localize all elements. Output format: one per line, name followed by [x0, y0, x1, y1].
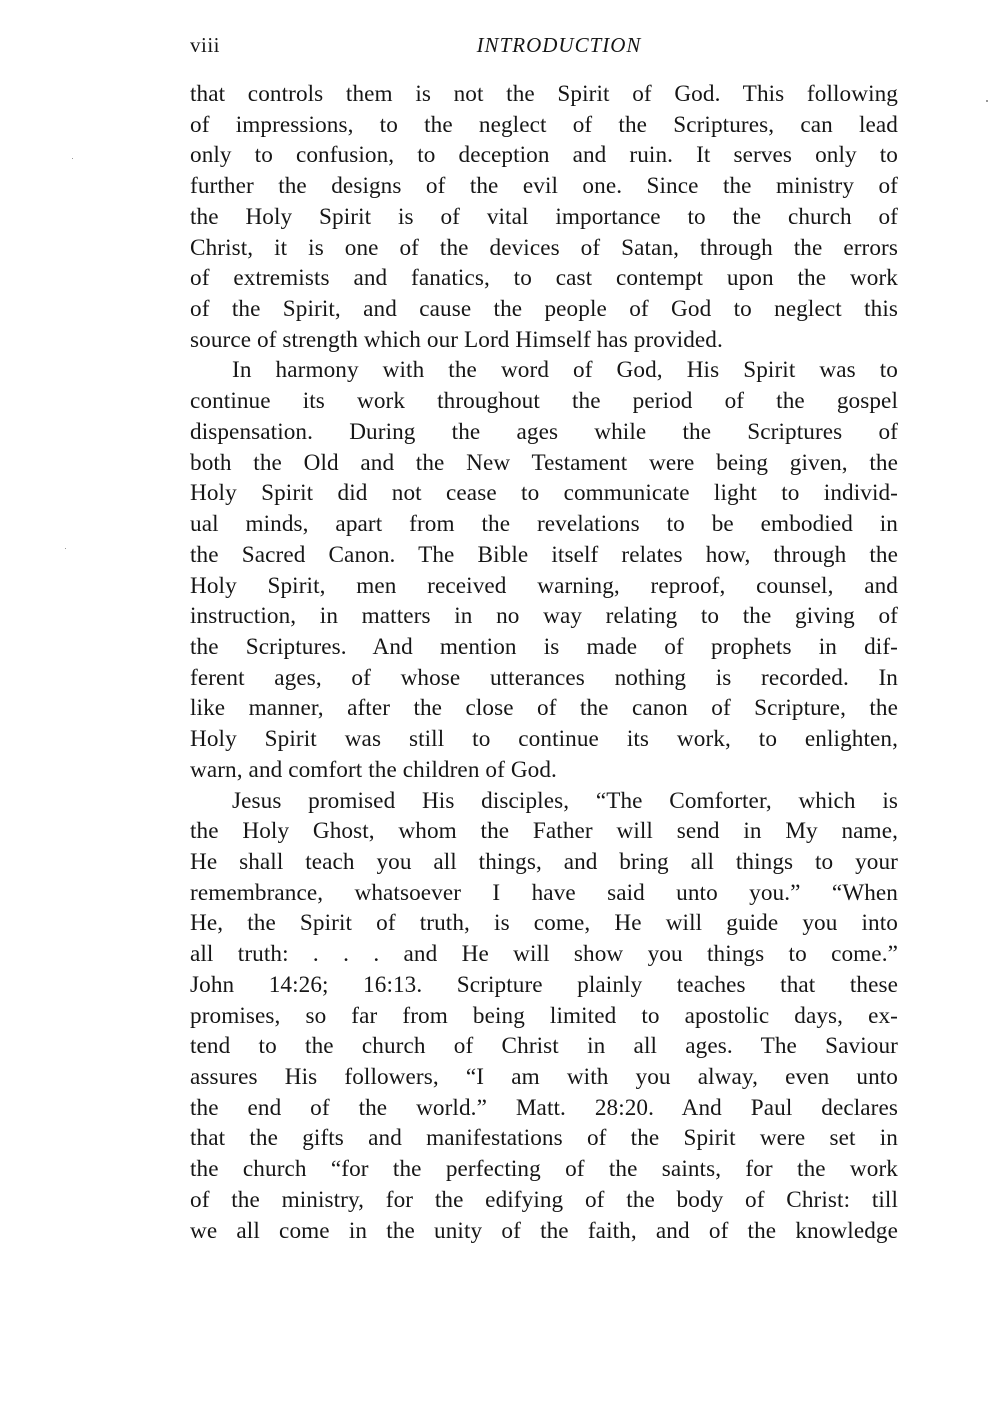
text-line: the church “for the perfecting of the sa… [190, 1154, 898, 1185]
text-line: both the Old and the New Testament were … [190, 448, 898, 479]
text-line: John 14:26; 16:13. Scripture plainly tea… [190, 970, 898, 1001]
text-line: of extremists and fanatics, to cast cont… [190, 263, 898, 294]
running-head: viii INTRODUCTION [190, 30, 898, 60]
text-line: of impressions, to the neglect of the Sc… [190, 110, 898, 141]
text-line: of the Spirit, and cause the people of G… [190, 294, 898, 325]
text-line: instruction, in matters in no way relati… [190, 601, 898, 632]
text-line: warn, and comfort the children of God. [190, 755, 898, 786]
text-line: Holy Spirit did not cease to communicate… [190, 478, 898, 509]
text-line: In harmony with the word of God, His Spi… [190, 355, 898, 386]
text-line: the end of the world.” Matt. 28:20. And … [190, 1093, 898, 1124]
text-line: the Holy Ghost, whom the Father will sen… [190, 816, 898, 847]
text-line: continue its work throughout the period … [190, 386, 898, 417]
text-line: that the gifts and manifestations of the… [190, 1123, 898, 1154]
text-line: ual minds, apart from the revelations to… [190, 509, 898, 540]
text-line: He shall teach you all things, and bring… [190, 847, 898, 878]
scan-speck [65, 548, 66, 549]
text-line: Holy Spirit was still to continue its wo… [190, 724, 898, 755]
text-line: assures His followers, “I am with you al… [190, 1062, 898, 1093]
text-line: the Scriptures. And mention is made of p… [190, 632, 898, 663]
text-line: He, the Spirit of truth, is come, He wil… [190, 908, 898, 939]
text-line: Christ, it is one of the devices of Sata… [190, 233, 898, 264]
text-line: of the ministry, for the edifying of the… [190, 1185, 898, 1216]
text-line: promises, so far from being limited to a… [190, 1001, 898, 1032]
text-line: like manner, after the close of the cano… [190, 693, 898, 724]
scan-speck [986, 100, 988, 102]
text-line: tend to the church of Christ in all ages… [190, 1031, 898, 1062]
text-line: source of strength which our Lord Himsel… [190, 325, 898, 356]
text-line: remembrance, whatsoever I have said unto… [190, 878, 898, 909]
text-line: that controls them is not the Spirit of … [190, 79, 898, 110]
book-page: viii INTRODUCTION that controls them is … [0, 0, 1000, 1413]
text-line: Jesus promised His disciples, “The Comfo… [190, 786, 898, 817]
text-line: the Sacred Canon. The Bible itself relat… [190, 540, 898, 571]
text-line: further the designs of the evil one. Sin… [190, 171, 898, 202]
text-line: dispensation. During the ages while the … [190, 417, 898, 448]
body-text: that controls them is not the Spirit of … [190, 79, 898, 1246]
text-line: only to confusion, to deception and ruin… [190, 140, 898, 171]
text-line: all truth: . . . and He will show you th… [190, 939, 898, 970]
scan-speck [72, 158, 73, 159]
text-line: we all come in the unity of the faith, a… [190, 1216, 898, 1247]
text-line: the Holy Spirit is of vital importance t… [190, 202, 898, 233]
running-title: INTRODUCTION [190, 30, 898, 60]
text-line: Holy Spirit, men received warning, repro… [190, 571, 898, 602]
text-line: ferent ages, of whose utterances nothing… [190, 663, 898, 694]
